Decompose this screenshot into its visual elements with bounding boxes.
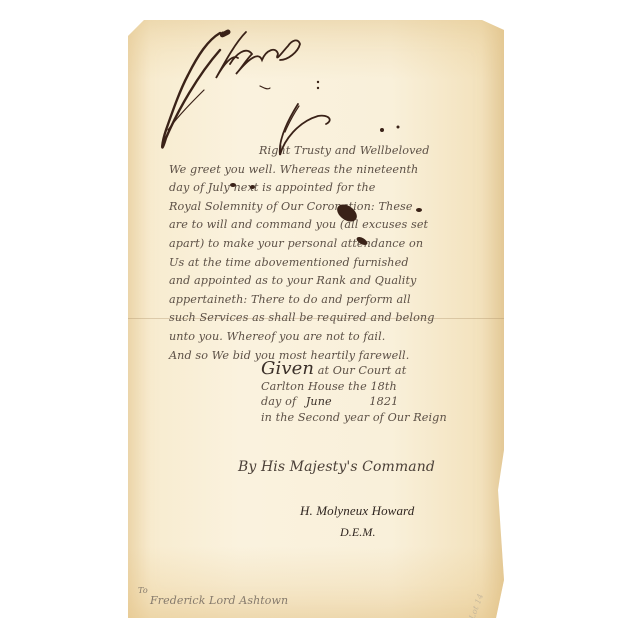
pencil-note: Lot 14 xyxy=(468,592,486,620)
given-line4: in the Second year of Our Reign xyxy=(261,410,447,426)
given-line1: at Our Court at xyxy=(318,364,407,377)
body-line: unto you. Whereof you are not to fail. xyxy=(169,328,434,347)
given-day-label: day of xyxy=(261,395,296,408)
document-paper: Right Trusty and Wellbeloved We greet yo… xyxy=(128,20,504,618)
body-line: appertaineth: There to do and perform al… xyxy=(169,291,434,310)
given-word: Given xyxy=(261,358,314,379)
ink-blot xyxy=(230,183,236,187)
body-line: Us at the time abovementioned furnished xyxy=(169,254,434,273)
ink-blot xyxy=(250,185,255,189)
body-line: apart) to make your personal attendance … xyxy=(169,235,434,254)
given-line2: Carlton House the 18th xyxy=(261,379,447,395)
given-block: Given at Our Court at Carlton House the … xyxy=(261,361,447,425)
given-year: 1821 xyxy=(369,395,398,408)
body-line: such Services as shall be required and b… xyxy=(169,309,434,328)
given-month: June xyxy=(306,395,332,408)
command-line: By His Majesty's Command xyxy=(238,459,435,475)
body-line: and appointed as to your Rank and Qualit… xyxy=(169,272,434,291)
royal-signature-george-r xyxy=(128,20,504,220)
secretary-initials: D.E.M. xyxy=(340,525,376,540)
ink-blot xyxy=(416,208,422,212)
addressee: Frederick Lord Ashtown xyxy=(150,594,288,607)
secretary-signature: H. Molyneux Howard xyxy=(300,503,414,519)
address-prefix: To xyxy=(138,586,148,595)
